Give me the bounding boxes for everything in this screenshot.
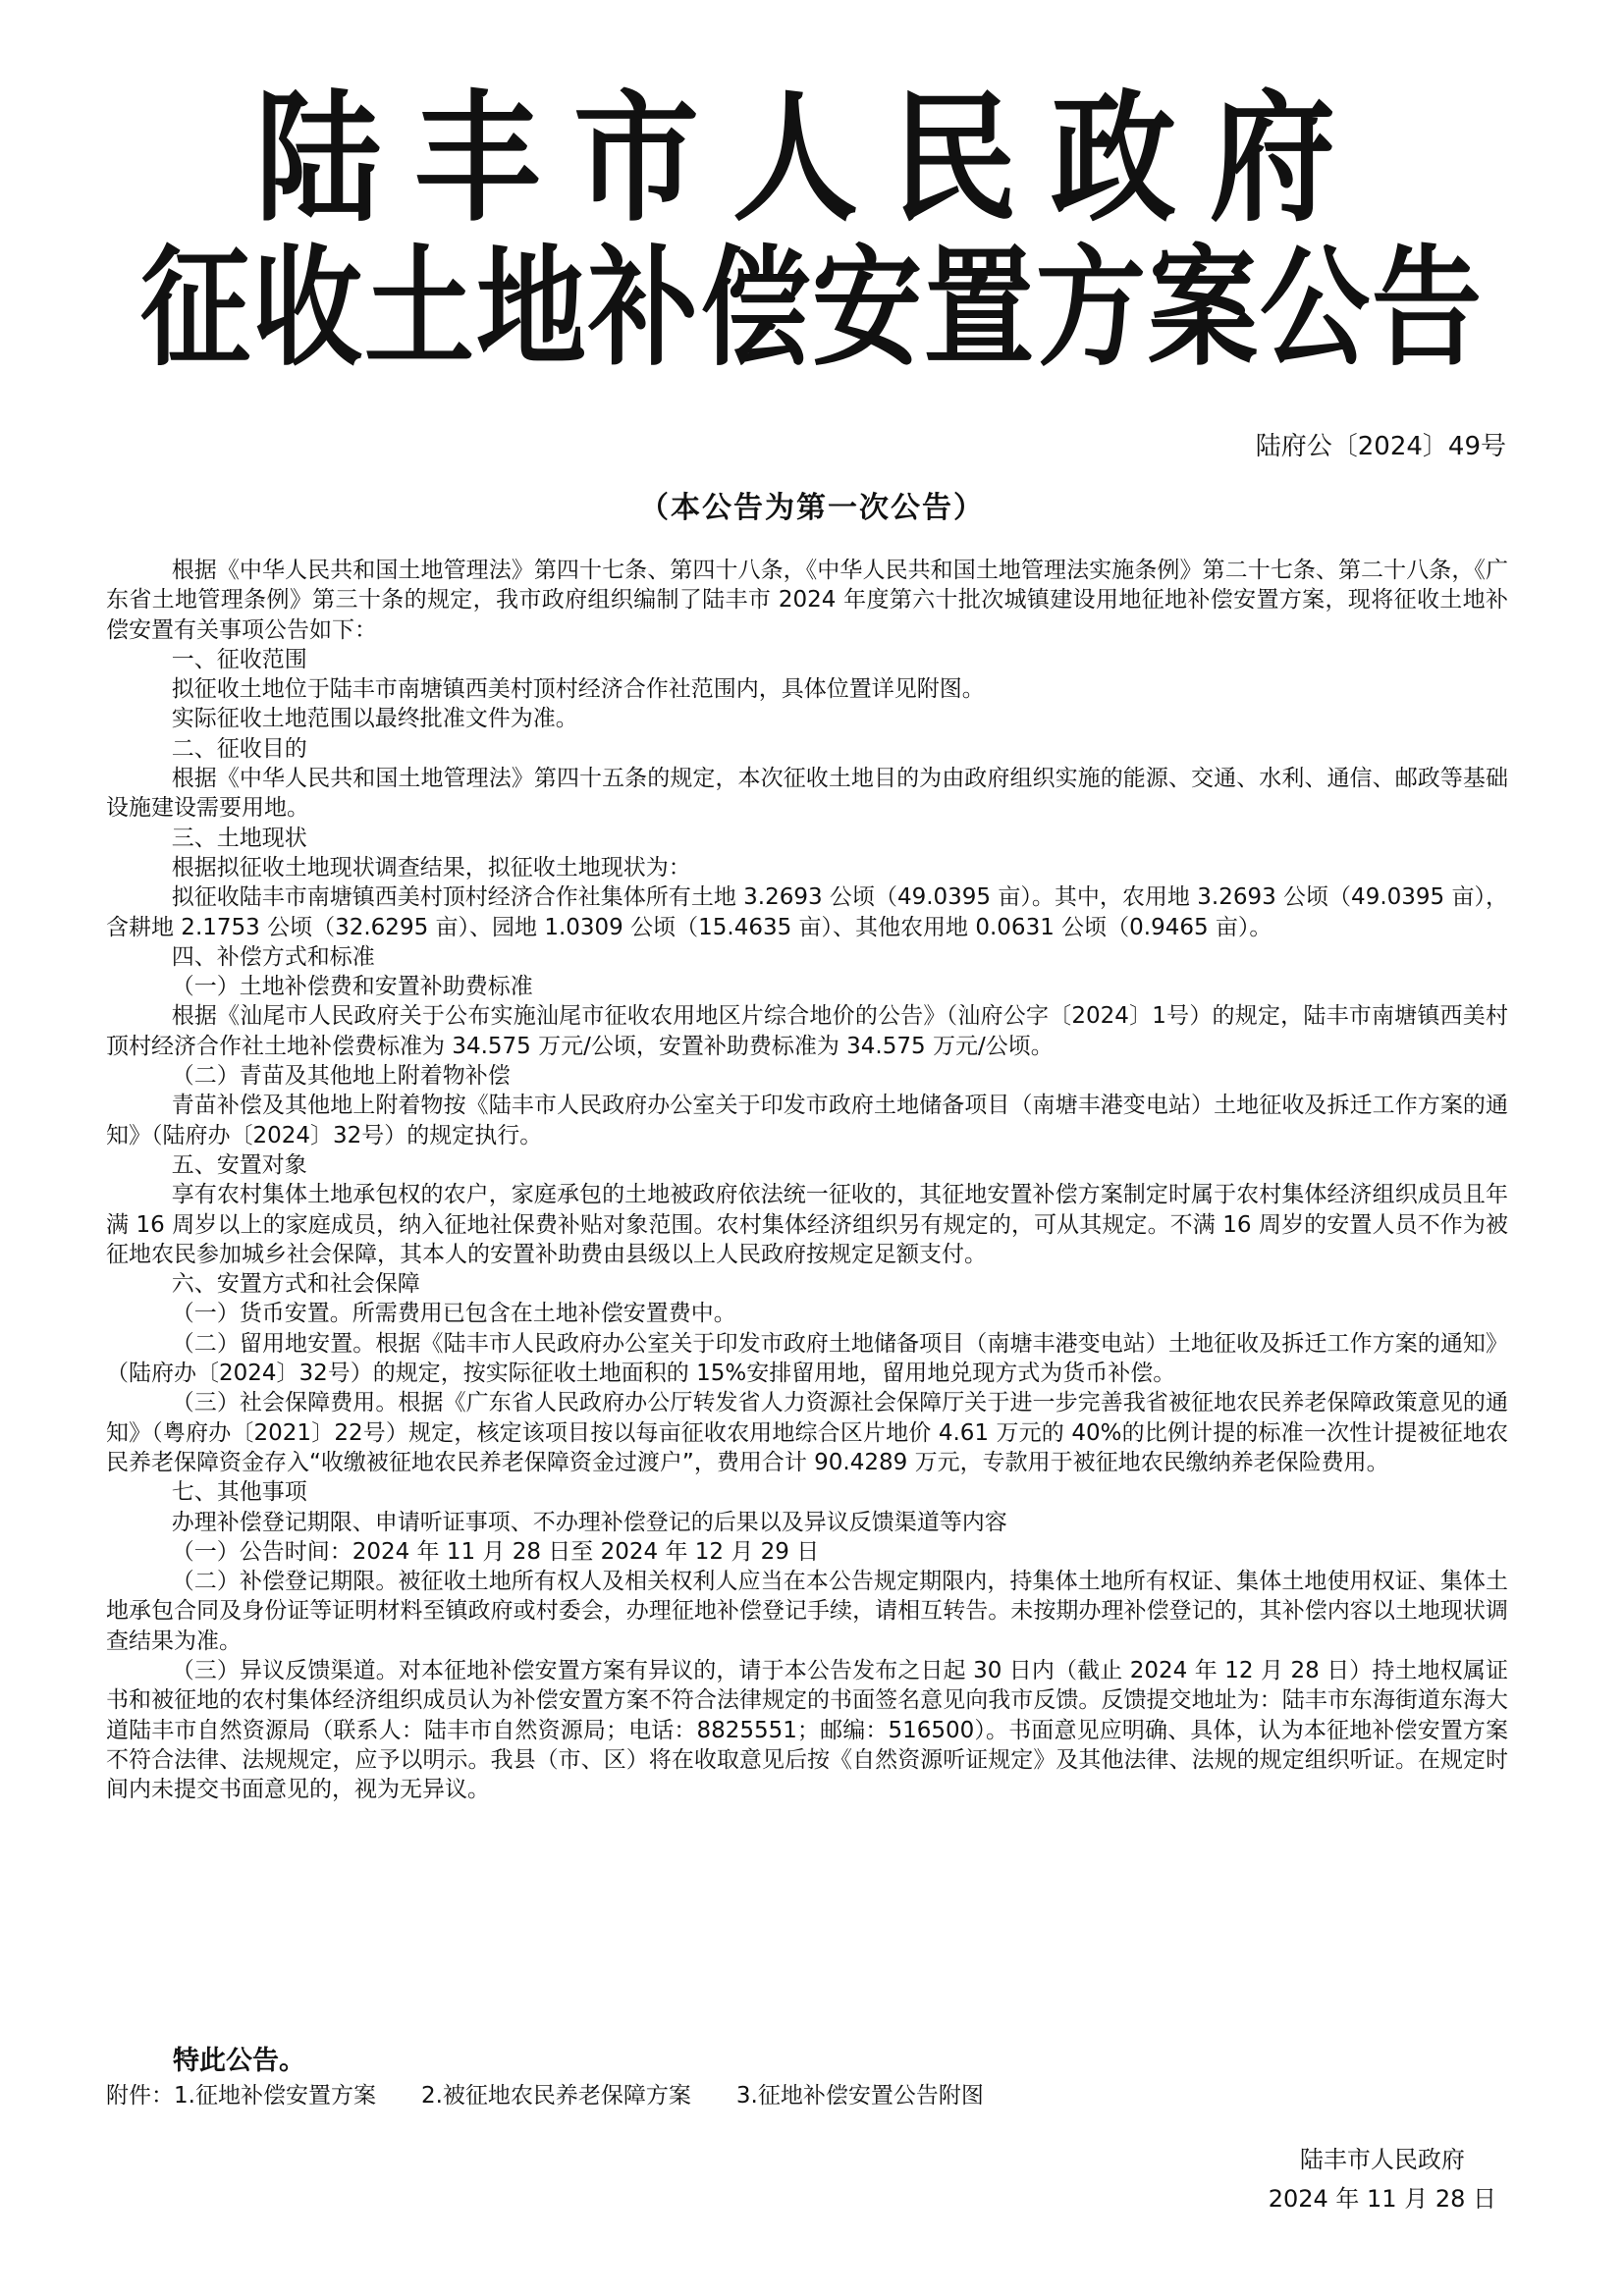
attachments-label: 附件：: [106, 2083, 174, 2109]
paragraph: 拟征收陆丰市南塘镇西美村顶村经济合作社集体所有土地 3.2693 公顷（49.0…: [106, 882, 1508, 942]
paragraph: （二）补偿登记期限。被征收土地所有权人及相关权利人应当在本公告规定期限内，持集体…: [106, 1567, 1508, 1656]
notice-subtitle: （本公告为第一次公告）: [0, 491, 1624, 526]
paragraph: 根据拟征收土地现状调查结果，拟征收土地现状为：: [106, 853, 1508, 882]
issuer-title: 陆丰市人民政府: [0, 77, 1624, 241]
notice-body: 根据《中华人民共和国土地管理法》第四十七条、第四十八条，《中华人民共和国土地管理…: [106, 556, 1508, 1804]
paragraph: （一）公告时间：2024 年 11 月 28 日至 2024 年 12 月 29…: [106, 1537, 1508, 1567]
section-heading: 一、征收范围: [106, 645, 1508, 674]
notice-title: 征收土地补偿安置方案公告: [0, 234, 1624, 384]
section-heading: 二、征收目的: [106, 734, 1508, 764]
intro-paragraph: 根据《中华人民共和国土地管理法》第四十七条、第四十八条，《中华人民共和国土地管理…: [106, 556, 1508, 645]
signature-issuer: 陆丰市人民政府: [1269, 2140, 1496, 2179]
paragraph: （三）异议反馈渠道。对本征地补偿安置方案有异议的，请于本公告发布之日起 30 日…: [106, 1656, 1508, 1804]
paragraph: 拟征收土地位于陆丰市南塘镇西美村顶村经济合作社范围内，具体位置详见附图。: [106, 674, 1508, 704]
subsection-heading: （二）青苗及其他地上附着物补偿: [106, 1061, 1508, 1091]
section-heading: 六、安置方式和社会保障: [106, 1269, 1508, 1299]
paragraph: 根据《中华人民共和国土地管理法》第四十五条的规定，本次征收土地目的为由政府组织实…: [106, 764, 1508, 824]
paragraph: （一）货币安置。所需费用已包含在土地补偿安置费中。: [106, 1299, 1508, 1328]
attachment-item: 1.征地补偿安置方案: [174, 2083, 376, 2109]
document-number: 陆府公〔2024〕49号: [1256, 432, 1506, 461]
subsection-heading: （一）土地补偿费和安置补助费标准: [106, 972, 1508, 1001]
paragraph: 办理补偿登记期限、申请听证事项、不办理补偿登记的后果以及异议反馈渠道等内容: [106, 1508, 1508, 1537]
closing-remark: 特此公告。: [173, 2046, 305, 2077]
paragraph: 青苗补偿及其他地上附着物按《陆丰市人民政府办公室关于印发市政府土地储备项目（南塘…: [106, 1091, 1508, 1150]
paragraph: （二）留用地安置。根据《陆丰市人民政府办公室关于印发市政府土地储备项目（南塘丰港…: [106, 1329, 1508, 1389]
signature-block: 陆丰市人民政府 2024 年 11 月 28 日: [1269, 2140, 1496, 2218]
section-heading: 五、安置对象: [106, 1150, 1508, 1180]
paragraph: 根据《汕尾市人民政府关于公布实施汕尾市征收农用地区片综合地价的公告》（汕府公字〔…: [106, 1001, 1508, 1061]
paragraph: 享有农村集体土地承包权的农户，家庭承包的土地被政府依法统一征收的，其征地安置补偿…: [106, 1180, 1508, 1269]
paragraph: 实际征收土地范围以最终批准文件为准。: [106, 704, 1508, 733]
section-heading: 三、土地现状: [106, 824, 1508, 853]
section-heading: 四、补偿方式和标准: [106, 942, 1508, 972]
attachment-item: 3.征地补偿安置公告附图: [736, 2083, 984, 2109]
attachments: 附件：1.征地补偿安置方案2.被征地农民养老保障方案3.征地补偿安置公告附图: [106, 2081, 1029, 2110]
section-heading: 七、其他事项: [106, 1477, 1508, 1507]
paragraph: （三）社会保障费用。根据《广东省人民政府办公厅转发省人力资源社会保障厅关于进一步…: [106, 1388, 1508, 1477]
signature-date: 2024 年 11 月 28 日: [1269, 2179, 1496, 2218]
attachment-item: 2.被征地农民养老保障方案: [421, 2083, 691, 2109]
